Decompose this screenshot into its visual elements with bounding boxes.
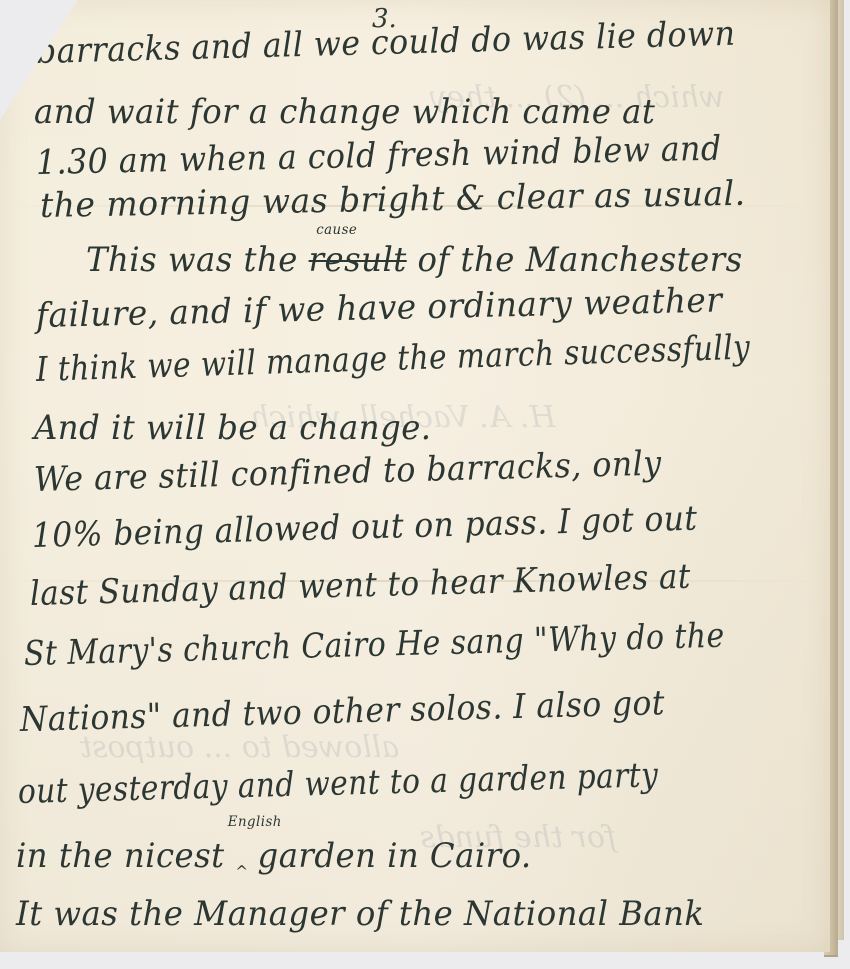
correction: cause result: [309, 240, 407, 280]
inserted-word: cause: [316, 222, 357, 238]
letter-line: We are still confined to barracks, only: [33, 444, 662, 500]
letter-line: St Mary's church Cairo He sang "Why do t…: [23, 616, 725, 674]
letter-line: barracks and all we could do was lie dow…: [35, 14, 735, 72]
letter-line: in the nicest English ^ garden in Cairo.: [16, 836, 532, 876]
caret-insert: English ^: [235, 836, 246, 876]
caret-mark: ^: [235, 862, 248, 881]
letter-line: I think we will manage the march success…: [35, 328, 750, 390]
letter-line: and wait for a change which came at: [34, 92, 655, 132]
struck-word: result: [309, 240, 407, 280]
line-text: garden in Cairo.: [258, 836, 532, 876]
line-text: in the nicest: [16, 836, 225, 876]
letter-line: 10% being allowed out on pass. I got out: [31, 499, 697, 556]
letter-sheet: which ... (2) ... they H. A. Vachell, wh…: [0, 0, 830, 952]
line-text: This was the: [86, 240, 298, 280]
letter-line: And it will be a change.: [34, 408, 432, 448]
scanned-letter: which ... (2) ... they H. A. Vachell, wh…: [0, 0, 850, 969]
letter-line: Nations" and two other solos. I also got: [19, 683, 665, 740]
letter-line: 1.30 am when a cold fresh wind blew and: [36, 129, 722, 183]
letter-line: last Sunday and went to hear Knowles at: [29, 557, 691, 614]
letter-line: the morning was bright & clear as usual.: [40, 174, 746, 226]
letter-line: failure, and if we have ordinary weather: [36, 280, 723, 336]
letter-line: It was the Manager of the National Bank: [16, 894, 704, 934]
letter-line: This was the cause result of the Manches…: [86, 240, 743, 280]
line-text: of the Manchesters: [417, 240, 742, 280]
inserted-word: English: [228, 814, 282, 830]
